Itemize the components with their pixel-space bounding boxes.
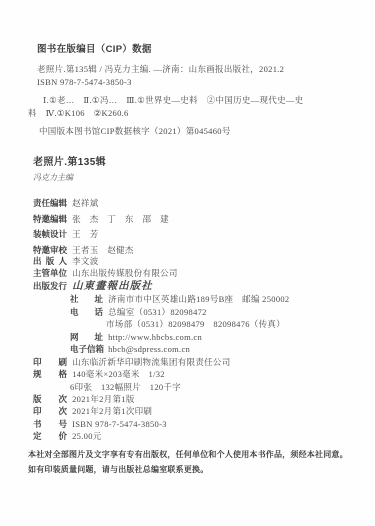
staff-role-label: 责任编辑 bbox=[33, 196, 67, 212]
cip-title-line: 老照片.第135辑 / 冯克力主编. —济南：山东画报出版社，2021.2 bbox=[37, 63, 303, 76]
publishing-value: hbcb@sdpress.com.cn bbox=[108, 344, 190, 354]
quality-notice: 如有印装质量问题，请与出版社总编室联系更换。 bbox=[28, 463, 348, 478]
publishing-row-website: 网址 http://www.hbcbs.com.cn bbox=[33, 331, 289, 343]
cip-classification-group: Ⅰ.①老… Ⅱ.①冯… Ⅲ.①世界史—史料 ②中国历史—现代史—史 料 Ⅳ.①K… bbox=[37, 94, 303, 120]
publishing-value: ISBN 978-7-5474-3850-3 bbox=[72, 419, 167, 429]
publishing-label: 电子信箱 bbox=[70, 343, 103, 355]
publishing-row-price: 定价 25.00元 bbox=[33, 430, 289, 442]
staff-row-invited-editors: 特邀编辑 张 杰 丁 东 邵 建 bbox=[33, 212, 169, 228]
staff-name-value: 王 芳 bbox=[72, 229, 98, 239]
publishing-row-publisher-person: 出版人 李文波 bbox=[33, 255, 289, 267]
staff-credits-block: 责任编辑 赵祥斌 特邀编辑 张 杰 丁 东 邵 建 装帧设计 王 芳 特邀审校 … bbox=[33, 196, 169, 258]
publishing-value: 山东临沂新华印刷物流集团有限责任公司 bbox=[72, 357, 230, 367]
publishing-label: 网址 bbox=[70, 331, 103, 343]
publishing-label: 版次 bbox=[33, 393, 67, 405]
publishing-row-phone-continuation: 市场部（0531）82098479 82098476（传真） bbox=[33, 318, 289, 330]
publishing-value: 李文波 bbox=[72, 256, 98, 266]
publishing-row-phone: 电话 总编室（0531）82098472 bbox=[33, 306, 289, 318]
publishing-row-format: 规格 140毫米×203毫米 1/32 bbox=[33, 368, 289, 380]
book-title: 老照片.第135辑 bbox=[33, 156, 106, 170]
cip-isbn-line: ISBN 978-7-5474-3850-3 bbox=[37, 76, 303, 89]
publisher-logotype: 山東畫報出版社 bbox=[72, 281, 153, 292]
book-copyright-page: 图书在版编目（CIP）数据 老照片.第135辑 / 冯克力主编. —济南：山东画… bbox=[0, 0, 375, 526]
staff-name-value: 赵祥斌 bbox=[72, 198, 98, 208]
cip-record-number: 中国版本图书馆CIP数据核字（2021）第045460号 bbox=[37, 125, 303, 138]
staff-role-label: 特邀编辑 bbox=[33, 212, 67, 228]
cip-classification-line-1: Ⅰ.①老… Ⅱ.①冯… Ⅲ.①世界史—史料 ②中国历史—现代史—史 bbox=[37, 94, 303, 107]
staff-role-label: 装帧设计 bbox=[33, 227, 67, 243]
publishing-value: 2021年2月第1次印刷 bbox=[72, 406, 152, 416]
publishing-value: 山东出版传媒股份有限公司 bbox=[72, 268, 178, 278]
publishing-label: 印刷 bbox=[33, 356, 67, 368]
publishing-info-block: 出版人 李文波 主管单位 山东出版传媒股份有限公司 出版发行 山東畫報出版社 社… bbox=[33, 255, 289, 443]
publishing-label: 社址 bbox=[70, 293, 103, 305]
cip-block: 图书在版编目（CIP）数据 老照片.第135辑 / 冯克力主编. —济南：山东画… bbox=[37, 44, 303, 138]
publishing-row-printing: 印次 2021年2月第1次印刷 bbox=[33, 405, 289, 417]
book-editor: 冯克力主编 bbox=[33, 171, 106, 185]
publishing-value: 2021年2月第1版 bbox=[72, 394, 135, 404]
publishing-label: 印次 bbox=[33, 405, 67, 417]
publishing-row-isbn: 书号 ISBN 978-7-5474-3850-3 bbox=[33, 418, 289, 430]
publishing-value: 6印张 132幅照片 120千字 bbox=[70, 382, 181, 392]
cip-classification-line-2: 料 Ⅳ.①K106 ②K260.6 bbox=[28, 107, 303, 120]
publishing-value: http://www.hbcbs.com.cn bbox=[108, 332, 202, 342]
publishing-row-edition: 版次 2021年2月第1版 bbox=[33, 393, 289, 405]
publishing-value: 总编室（0531）82098472 bbox=[108, 307, 207, 317]
publishing-row-publisher: 出版发行 山東畫報出版社 bbox=[33, 280, 289, 293]
publishing-label: 主管单位 bbox=[33, 267, 67, 279]
publishing-label: 出版发行 bbox=[33, 280, 67, 292]
staff-name-value: 王者玉 赵健杰 bbox=[72, 245, 134, 255]
publishing-value: 25.00元 bbox=[72, 431, 101, 441]
publishing-value: 市场部（0531）82098479 82098476（传真） bbox=[106, 319, 285, 329]
publishing-row-printer: 印刷 山东临沂新华印刷物流集团有限责任公司 bbox=[33, 356, 289, 368]
publishing-label: 规格 bbox=[33, 368, 67, 380]
copyright-notice: 本社对全部图片及文字享有专有出版权，任何单位和个人使用本书作品，须经本社同意。 bbox=[28, 448, 348, 463]
staff-name-value: 张 杰 丁 东 邵 建 bbox=[72, 214, 169, 224]
publishing-row-email: 电子信箱 hbcb@sdpress.com.cn bbox=[33, 343, 289, 355]
publishing-row-format-continuation: 6印张 132幅照片 120千字 bbox=[33, 381, 289, 393]
cip-bibliography-group: 老照片.第135辑 / 冯克力主编. —济南：山东画报出版社，2021.2 IS… bbox=[37, 63, 303, 89]
staff-row-responsible-editor: 责任编辑 赵祥斌 bbox=[33, 196, 169, 212]
publishing-row-supervising-unit: 主管单位 山东出版传媒股份有限公司 bbox=[33, 267, 289, 279]
cip-header: 图书在版编目（CIP）数据 bbox=[37, 44, 303, 56]
staff-row-binding-design: 装帧设计 王 芳 bbox=[33, 227, 169, 243]
publishing-value: 济南市市中区英雄山路189号B座 邮编 250002 bbox=[108, 294, 289, 304]
publishing-label: 书号 bbox=[33, 418, 67, 430]
book-title-block: 老照片.第135辑 冯克力主编 bbox=[33, 156, 106, 185]
publishing-label: 电话 bbox=[70, 306, 103, 318]
publishing-value: 140毫米×203毫米 1/32 bbox=[72, 369, 165, 379]
publishing-row-address: 社址 济南市市中区英雄山路189号B座 邮编 250002 bbox=[33, 293, 289, 305]
publishing-label: 出版人 bbox=[33, 255, 67, 267]
publishing-label: 定价 bbox=[33, 430, 67, 442]
notice-block: 本社对全部图片及文字享有专有出版权，任何单位和个人使用本书作品，须经本社同意。 … bbox=[28, 448, 348, 477]
